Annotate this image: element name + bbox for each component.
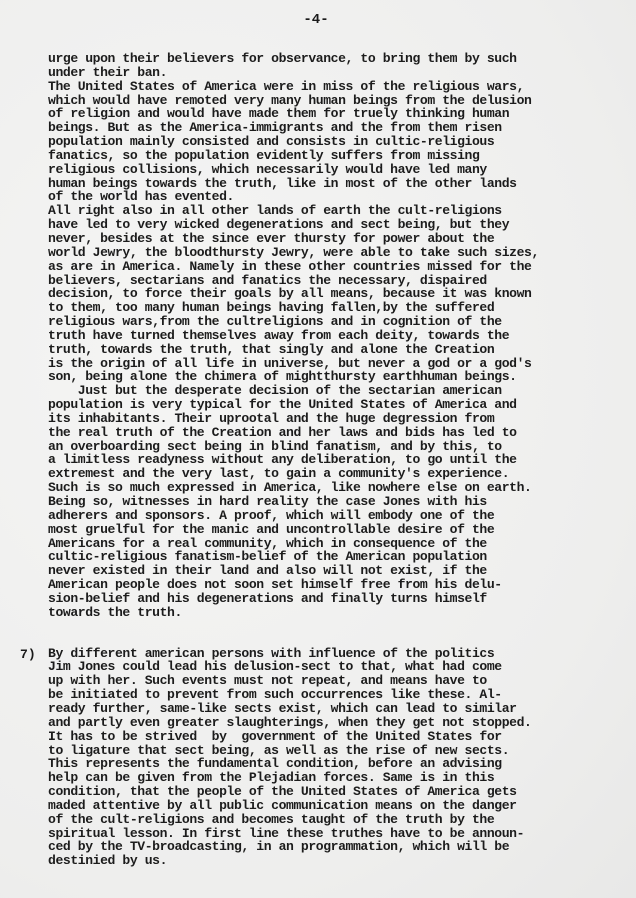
text-line: Just but the desperate decision of the s… bbox=[48, 384, 618, 398]
page-number-text: -4- bbox=[303, 12, 328, 28]
text-line: population is very typical for the Unite… bbox=[48, 398, 618, 412]
text-line: up with her. Such events must not repeat… bbox=[48, 674, 618, 688]
text-line: ced by the TV-broadcasting, in an progra… bbox=[48, 840, 618, 854]
text-line: ready further, same-like sects exist, wh… bbox=[48, 702, 618, 716]
text-line: Being so, witnesses in hard reality the … bbox=[48, 495, 618, 509]
text-line: Such is so much expressed in America, li… bbox=[48, 481, 618, 495]
text-line: to ligature that sect being, as well as … bbox=[48, 744, 618, 758]
text-line: an overboarding sect being in blind fana… bbox=[48, 440, 618, 454]
text-line: most gruelful for the manic and uncontro… bbox=[48, 523, 618, 537]
text-line: human beings towards the truth, like in … bbox=[48, 177, 618, 191]
text-line: believers, sectarians and fanatics the n… bbox=[48, 274, 618, 288]
text-line: be initiated to prevent from such occurr… bbox=[48, 688, 618, 702]
text-line: the real truth of the Creation and her l… bbox=[48, 426, 618, 440]
text-line: its inhabitants. Their uprootal and the … bbox=[48, 412, 618, 426]
text-line: fanatics, so the population evidently su… bbox=[48, 149, 618, 163]
text-line: a limitless readyness without any delibe… bbox=[48, 453, 618, 467]
text-line: of the cult-religions and becomes taught… bbox=[48, 813, 618, 827]
paragraph-continued: urge upon their believers for observance… bbox=[48, 52, 618, 620]
text-line: truth have turned themselves away from e… bbox=[48, 329, 618, 343]
text-line: extremest and the very last, to gain a c… bbox=[48, 467, 618, 481]
text-line: of religion and would have made them for… bbox=[48, 107, 618, 121]
body-text: urge upon their believers for observance… bbox=[48, 52, 618, 868]
text-line: never, besides at the since ever thursty… bbox=[48, 232, 618, 246]
text-line: son, being alone the chimera of mightthu… bbox=[48, 370, 618, 384]
text-line: Americans for a real community, which in… bbox=[48, 537, 618, 551]
text-line: beings. But as the America-immigrants an… bbox=[48, 121, 618, 135]
text-line: truth, towards the truth, that singly an… bbox=[48, 343, 618, 357]
text-line: destinied by us. bbox=[48, 854, 618, 868]
text-line: of the world has evented. bbox=[48, 190, 618, 204]
text-line: spiritual lesson. In first line these tr… bbox=[48, 827, 618, 841]
text-line: population mainly consisted and consists… bbox=[48, 135, 618, 149]
numbered-item-7: 7) By different american persons with in… bbox=[48, 647, 618, 869]
text-line: have led to very wicked degenerations an… bbox=[48, 218, 618, 232]
item-marker: 7) bbox=[20, 647, 36, 662]
text-line: help can be given from the Plejadian for… bbox=[48, 771, 618, 785]
text-line: decision, to force their goals by all me… bbox=[48, 287, 618, 301]
text-line: urge upon their believers for observance… bbox=[48, 52, 618, 66]
text-line: This represents the fundamental conditio… bbox=[48, 757, 618, 771]
text-line: world Jewry, the bloodthursty Jewry, wer… bbox=[48, 246, 618, 260]
text-line: Jim Jones could lead his delusion-sect t… bbox=[48, 660, 618, 674]
paragraph-item-7: By different american persons with influ… bbox=[48, 647, 618, 869]
text-line: religious collisions, which necessarily … bbox=[48, 163, 618, 177]
text-line: religious wars,from the cultreligions an… bbox=[48, 315, 618, 329]
text-line: It has to be strived by government of th… bbox=[48, 730, 618, 744]
text-line: towards the truth. bbox=[48, 606, 618, 620]
text-line: The United States of America were in mis… bbox=[48, 80, 618, 94]
text-line: adherers and sponsors. A proof, which wi… bbox=[48, 509, 618, 523]
document-page: -4- urge upon their believers for observ… bbox=[0, 0, 636, 898]
text-line: never existed in their land and also wil… bbox=[48, 564, 618, 578]
page-number: -4- bbox=[0, 12, 636, 28]
text-line: By different american persons with influ… bbox=[48, 647, 618, 661]
text-line: under their ban. bbox=[48, 66, 618, 80]
paragraph-gap bbox=[48, 620, 618, 647]
text-line: maded attentive by all public communicat… bbox=[48, 799, 618, 813]
text-line: cultic-religious fanatism-belief of the … bbox=[48, 550, 618, 564]
text-line: is the origin of all life in universe, b… bbox=[48, 357, 618, 371]
text-line: as are in America. Namely in these other… bbox=[48, 260, 618, 274]
text-line: condition, that the people of the United… bbox=[48, 785, 618, 799]
text-line: which would have remoted very many human… bbox=[48, 94, 618, 108]
text-line: and partly even greater slaughterings, w… bbox=[48, 716, 618, 730]
text-line: to them, too many human beings having fa… bbox=[48, 301, 618, 315]
text-line: American people does not soon set himsel… bbox=[48, 578, 618, 592]
text-line: sion-belief and his degenerations and fi… bbox=[48, 592, 618, 606]
text-line: All right also in all other lands of ear… bbox=[48, 204, 618, 218]
